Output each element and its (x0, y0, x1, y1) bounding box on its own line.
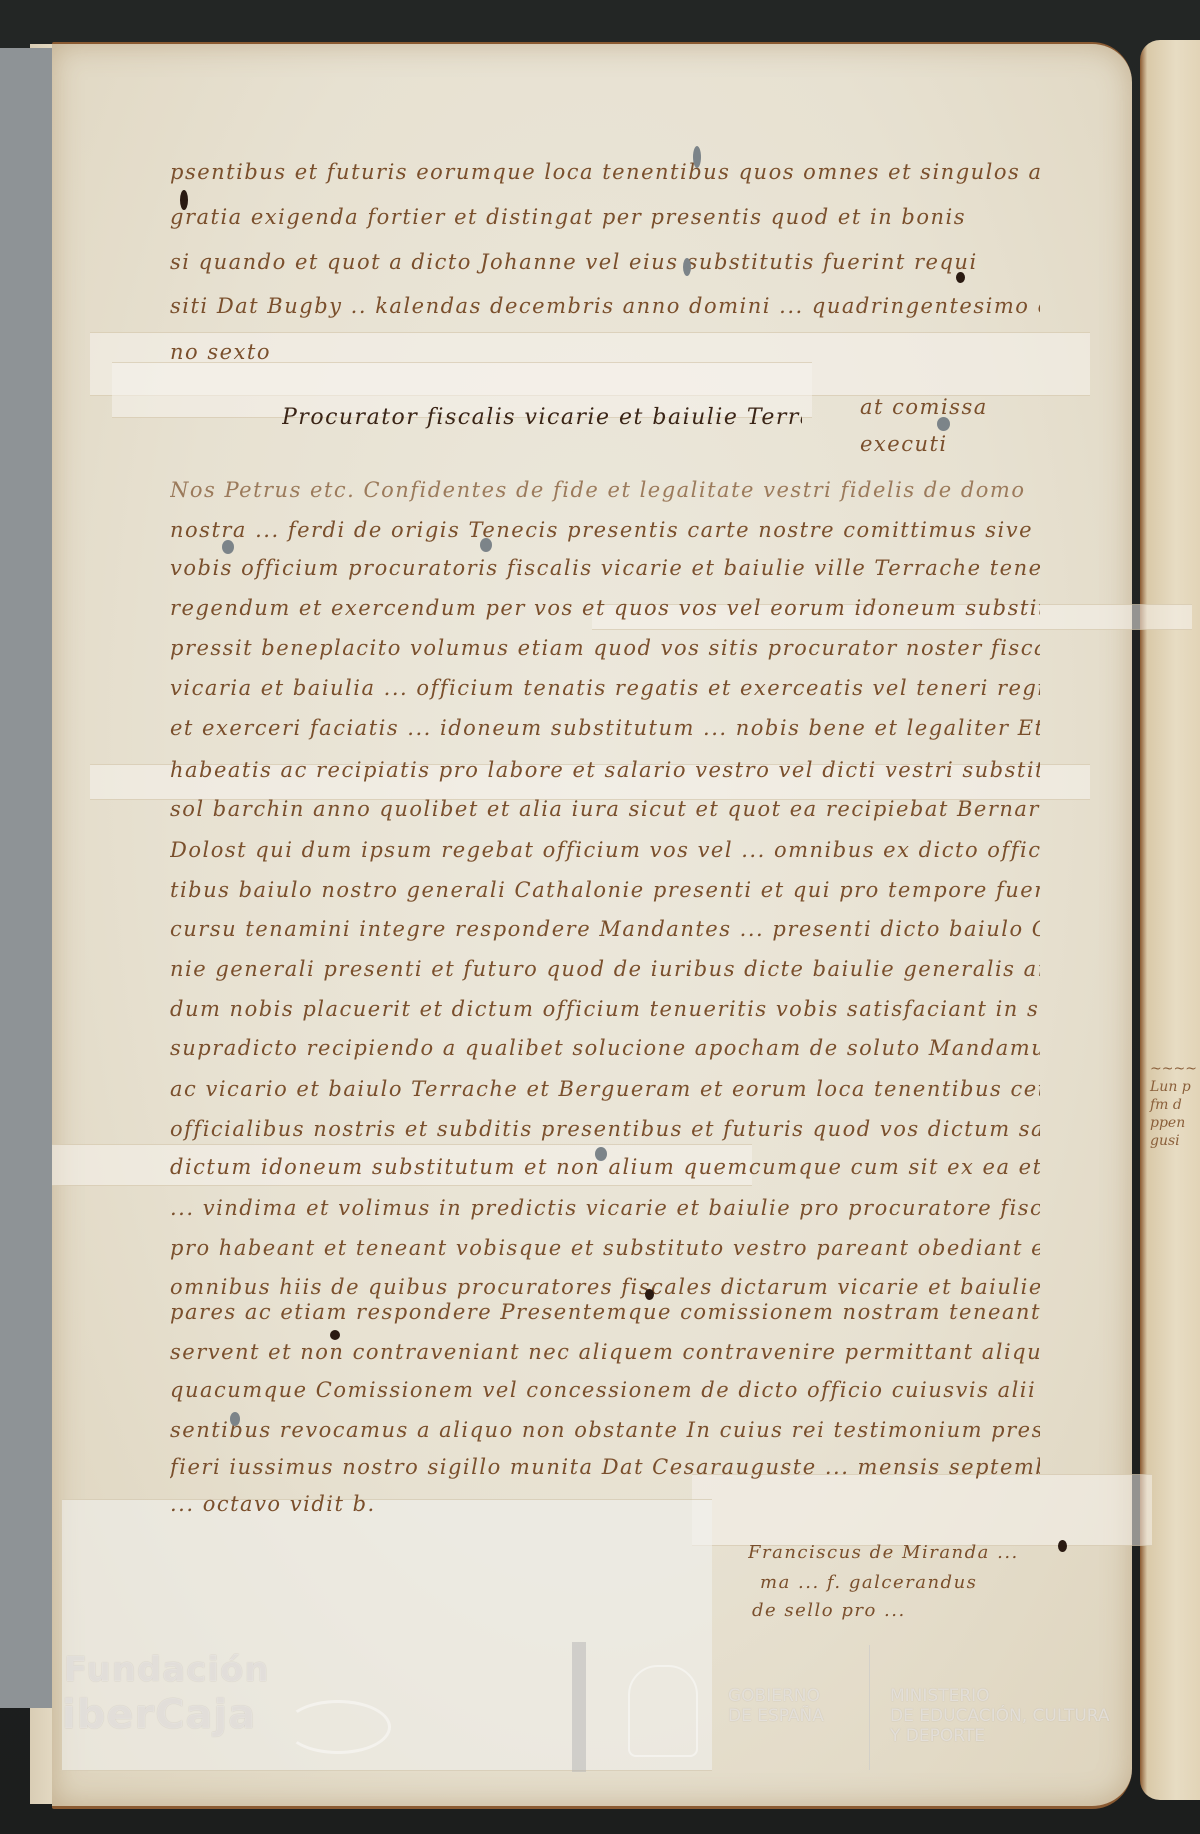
text-line: nostra ... ferdi de origis Tenecis prese… (170, 518, 1040, 542)
watermark-ibercaja: iberCaja (62, 1692, 256, 1738)
text-line: et exerceri faciatis ... idoneum substit… (170, 716, 1040, 740)
ink-blot (222, 540, 234, 554)
text-line: servent et non contraveniant nec aliquem… (170, 1340, 1040, 1364)
ink-blot (230, 1412, 240, 1426)
ink-blot (937, 417, 950, 431)
text-line: tibus baiulo nostro generali Cathalonie … (170, 878, 1040, 902)
watermark-line: DE EDUCACIÓN, CULTURA (890, 1706, 1110, 1726)
text-line: ac vicario et baiulo Terrache et Berguer… (170, 1077, 1040, 1101)
facing-page-notes: ~~~~Lun pfm dppengusi (1150, 1060, 1200, 1150)
text-line: sentibus revocamus a aliquo non obstante… (170, 1418, 1040, 1442)
text-line: sol barchin anno quolibet et alia iura s… (170, 797, 1040, 821)
margin-note: at comissa (860, 395, 1040, 419)
text-line: gratia exigenda fortier et distingat per… (170, 205, 1040, 229)
text-line: ... octavo vidit b. (170, 1492, 1040, 1516)
text-line: pro habeant et teneant vobisque et subst… (170, 1236, 1040, 1260)
text-line: ... vindima et volimus in predictis vica… (170, 1196, 1040, 1220)
text-line: vicaria et baiulia ... officium tenatis … (170, 676, 1040, 700)
text-line: regendum et exercendum per vos et quos v… (170, 596, 1040, 620)
text-line: supradicto recipiendo a qualibet solucio… (170, 1036, 1040, 1060)
signature-line: ma ... f. galcerandus (760, 1572, 1050, 1593)
watermark-ministerio: MINISTERIO DE EDUCACIÓN, CULTURA Y DEPOR… (890, 1686, 1110, 1746)
signature-line: Franciscus de Miranda ... (748, 1542, 1048, 1563)
signature-line: de sello pro ... (752, 1600, 1042, 1621)
ink-blot (1058, 1540, 1067, 1552)
text-line: nie generali presenti et futuro quod de … (170, 957, 1040, 981)
spain-coat-of-arms-icon (628, 1665, 698, 1757)
ink-blot (180, 190, 188, 210)
ink-blot (595, 1147, 607, 1161)
text-line: Nos Petrus etc. Confidentes de fide et l… (170, 478, 1040, 502)
ibercaja-logo-icon (285, 1700, 391, 1754)
text-line: no sexto (170, 340, 1040, 364)
document-heading: Procurator fiscalis vicarie et baiulie T… (282, 405, 802, 430)
text-line: siti Dat Bugby .. kalendas decembris ann… (170, 294, 1040, 318)
ink-blot (693, 146, 701, 168)
text-line: officialibus nostris et subditis present… (170, 1117, 1040, 1141)
ink-blot (956, 272, 965, 283)
text-line: vobis officium procuratoris fiscalis vic… (170, 556, 1040, 580)
text-line: dum nobis placuerit et dictum officium t… (170, 997, 1040, 1021)
text-line: pressit beneplacito volumus etiam quod v… (170, 636, 1040, 660)
text-line: quacumque Comissionem vel concessionem d… (170, 1378, 1040, 1402)
watermark-gobierno: GOBIERNO DE ESPAÑA (728, 1686, 824, 1726)
text-line: cursu tenamini integre respondere Mandan… (170, 917, 1040, 941)
text-line: pares ac etiam respondere Presentemque c… (170, 1300, 1040, 1324)
watermark-line: MINISTERIO (890, 1686, 1110, 1706)
text-line: omnibus hiis de quibus procuratores fisc… (170, 1275, 1040, 1299)
text-line: si quando et quot a dicto Johanne vel ei… (170, 250, 1040, 274)
watermark-line: Y DEPORTE (890, 1726, 1110, 1746)
ink-blot (330, 1330, 340, 1340)
spain-flag-bar-icon (572, 1642, 586, 1772)
text-line: psentibus et futuris eorumque loca tenen… (170, 160, 1040, 184)
ink-blot (645, 1289, 654, 1300)
ink-blot (480, 538, 492, 552)
watermark-line: GOBIERNO (728, 1686, 824, 1706)
margin-note: executi (860, 432, 1040, 456)
watermark-fundacion: Fundación (64, 1650, 270, 1690)
text-line: Dolost qui dum ipsum regebat officium vo… (170, 838, 1040, 862)
ink-blot (683, 258, 691, 276)
text-line: habeatis ac recipiatis pro labore et sal… (170, 758, 1040, 782)
watermark-divider (869, 1645, 870, 1770)
text-line: fieri iussimus nostro sigillo munita Dat… (170, 1455, 1040, 1479)
grey-mount-board (0, 48, 54, 1708)
watermark-line: DE ESPAÑA (728, 1706, 824, 1726)
